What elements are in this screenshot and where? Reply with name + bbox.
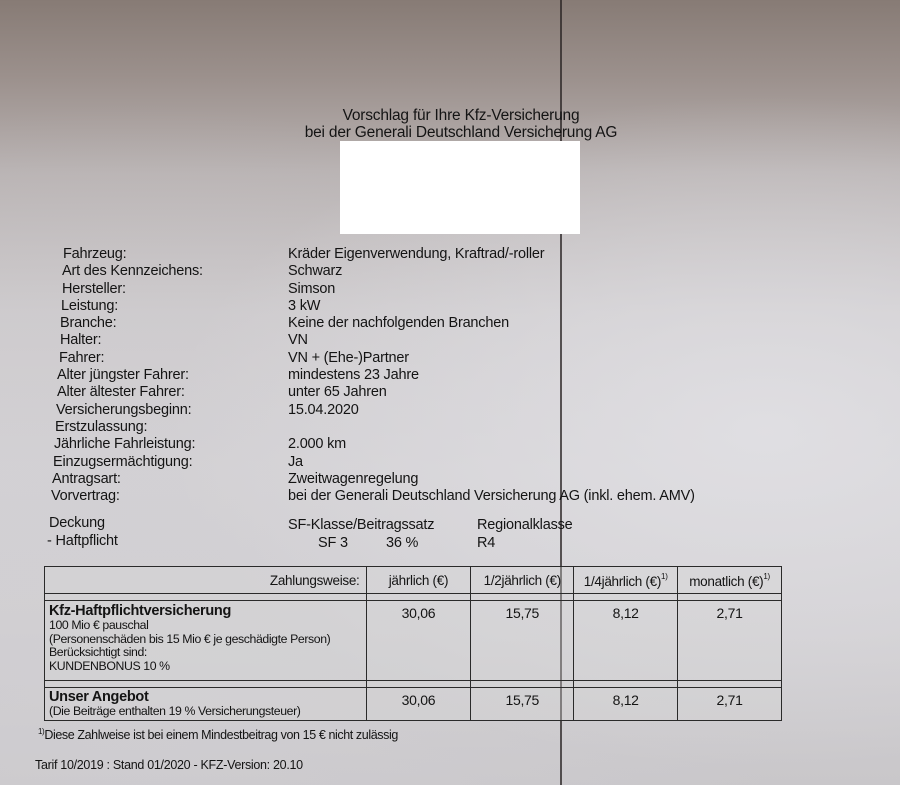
offer-description: Unser Angebot (Die Beiträge enthalten 19…	[45, 688, 367, 721]
premium-semiannual: 15,75	[471, 601, 574, 681]
sf-class-value: SF 3	[318, 535, 348, 551]
field-row-versicherungsbeginn: Versicherungsbeginn:15.04.2020	[0, 402, 900, 419]
offer-monthly: 2,71	[678, 688, 782, 721]
row-detail: (Personenschäden bis 15 Mio € je geschäd…	[49, 633, 362, 647]
row-detail: Berücksichtigt sind:	[49, 646, 362, 660]
redacted-address-block	[340, 141, 580, 234]
premium-table-header: Zahlungsweise: jährlich (€) 1/2jährlich …	[45, 567, 782, 594]
field-label: Jährliche Fahrleistung:	[54, 436, 195, 452]
field-value: 15.04.2020	[288, 402, 359, 418]
field-label: Alter jüngster Fahrer:	[57, 367, 189, 383]
premium-table: Zahlungsweise: jährlich (€) 1/2jährlich …	[44, 566, 782, 721]
table-row: Kfz-Haftpflichtversicherung 100 Mio € pa…	[45, 601, 782, 681]
spacer-row	[45, 594, 782, 601]
field-row-fahrer: Fahrer:VN + (Ehe-)Partner	[0, 350, 900, 367]
sf-class-heading: SF-Klasse/Beitragssatz	[288, 517, 434, 533]
field-value: VN	[288, 332, 308, 348]
field-value: Schwarz	[288, 263, 342, 279]
field-row-alter-juengster: Alter jüngster Fahrer:mindestens 23 Jahr…	[0, 367, 900, 384]
field-row-erstzulassung: Erstzulassung:	[0, 419, 900, 436]
field-label: Antragsart:	[52, 471, 121, 487]
field-value: mindestens 23 Jahre	[288, 367, 419, 383]
field-label: Halter:	[60, 332, 101, 348]
footnote-marker: 1)	[661, 572, 668, 581]
vehicle-details: Fahrzeug:Kräder Eigenverwendung, Kraftra…	[0, 246, 900, 505]
offer-title: Unser Angebot	[49, 689, 362, 705]
field-label: Fahrzeug:	[63, 246, 127, 262]
field-value: Kräder Eigenverwendung, Kraftrad/-roller	[288, 246, 544, 262]
field-row-hersteller: Hersteller:Simson	[0, 281, 900, 298]
row-description: Kfz-Haftpflichtversicherung 100 Mio € pa…	[45, 601, 367, 681]
field-label: Vorvertrag:	[51, 488, 120, 504]
field-value: 2.000 km	[288, 436, 346, 452]
tariff-version-line: Tarif 10/2019 : Stand 01/2020 - KFZ-Vers…	[35, 758, 303, 772]
field-row-vorvertrag: Vorvertrag:bei der Generali Deutschland …	[0, 488, 900, 505]
coverage-heading: Deckung	[49, 515, 105, 531]
field-label: Leistung:	[61, 298, 118, 314]
offer-tax-note: (Die Beiträge enthalten 19 % Versicherun…	[49, 705, 362, 719]
field-label: Art des Kennzeichens:	[62, 263, 203, 279]
row-detail: 100 Mio € pauschal	[49, 619, 362, 633]
payment-mode-label: Zahlungsweise:	[45, 567, 367, 594]
field-label: Einzugsermächtigung:	[53, 454, 192, 470]
footnote: 1)Diese Zahlweise ist bei einem Mindestb…	[38, 727, 398, 742]
premium-monthly: 2,71	[678, 601, 782, 681]
field-value: unter 65 Jahren	[288, 384, 387, 400]
premium-annual: 30,06	[366, 601, 471, 681]
field-value: bei der Generali Deutschland Versicherun…	[288, 488, 695, 504]
field-row-branche: Branche:Keine der nachfolgenden Branchen	[0, 315, 900, 332]
premium-quarterly: 8,12	[574, 601, 678, 681]
footnote-marker: 1)	[763, 572, 770, 581]
field-row-leistung: Leistung:3 kW	[0, 298, 900, 315]
field-value: VN + (Ehe-)Partner	[288, 350, 409, 366]
field-value: Zweitwagenregelung	[288, 471, 418, 487]
offer-semiannual: 15,75	[471, 688, 574, 721]
column-header-semiannual: 1/2jährlich (€)	[471, 567, 574, 594]
document-subtitle: bei der Generali Deutschland Versicherun…	[0, 124, 900, 142]
table-row-offer: Unser Angebot (Die Beiträge enthalten 19…	[45, 688, 782, 721]
field-label: Alter ältester Fahrer:	[57, 384, 185, 400]
offer-quarterly: 8,12	[574, 688, 678, 721]
spacer-row	[45, 681, 782, 688]
field-row-fahrleistung: Jährliche Fahrleistung:2.000 km	[0, 436, 900, 453]
document-title: Vorschlag für Ihre Kfz-Versicherung	[0, 107, 900, 125]
field-label: Erstzulassung:	[55, 419, 147, 435]
field-value: Simson	[288, 281, 335, 297]
column-header-quarterly: 1/4jährlich (€)1)	[574, 567, 678, 594]
field-row-antragsart: Antragsart:Zweitwagenregelung	[0, 471, 900, 488]
region-class-value: R4	[477, 535, 495, 551]
field-row-alter-aeltester: Alter ältester Fahrer:unter 65 Jahren	[0, 384, 900, 401]
offer-annual: 30,06	[366, 688, 471, 721]
rate-value: 36 %	[386, 535, 418, 551]
coverage-type: - Haftpflicht	[47, 533, 118, 549]
field-row-fahrzeug: Fahrzeug:Kräder Eigenverwendung, Kraftra…	[0, 246, 900, 263]
row-title: Kfz-Haftpflichtversicherung	[49, 603, 362, 619]
field-label: Branche:	[60, 315, 116, 331]
field-label: Versicherungsbeginn:	[56, 402, 191, 418]
field-row-einzugsermaechtigung: Einzugsermächtigung:Ja	[0, 454, 900, 471]
row-detail: KUNDENBONUS 10 %	[49, 660, 362, 674]
field-label: Fahrer:	[59, 350, 104, 366]
column-header-annual: jährlich (€)	[366, 567, 471, 594]
field-value: Ja	[288, 454, 303, 470]
field-row-halter: Halter:VN	[0, 332, 900, 349]
column-header-monthly: monatlich (€)1)	[678, 567, 782, 594]
field-row-kennzeichen: Art des Kennzeichens:Schwarz	[0, 263, 900, 280]
field-value: Keine der nachfolgenden Branchen	[288, 315, 509, 331]
field-label: Hersteller:	[62, 281, 126, 297]
footnote-text: Diese Zahlweise ist bei einem Mindestbei…	[44, 728, 398, 742]
field-value: 3 kW	[288, 298, 320, 314]
region-class-heading: Regionalklasse	[477, 517, 573, 533]
